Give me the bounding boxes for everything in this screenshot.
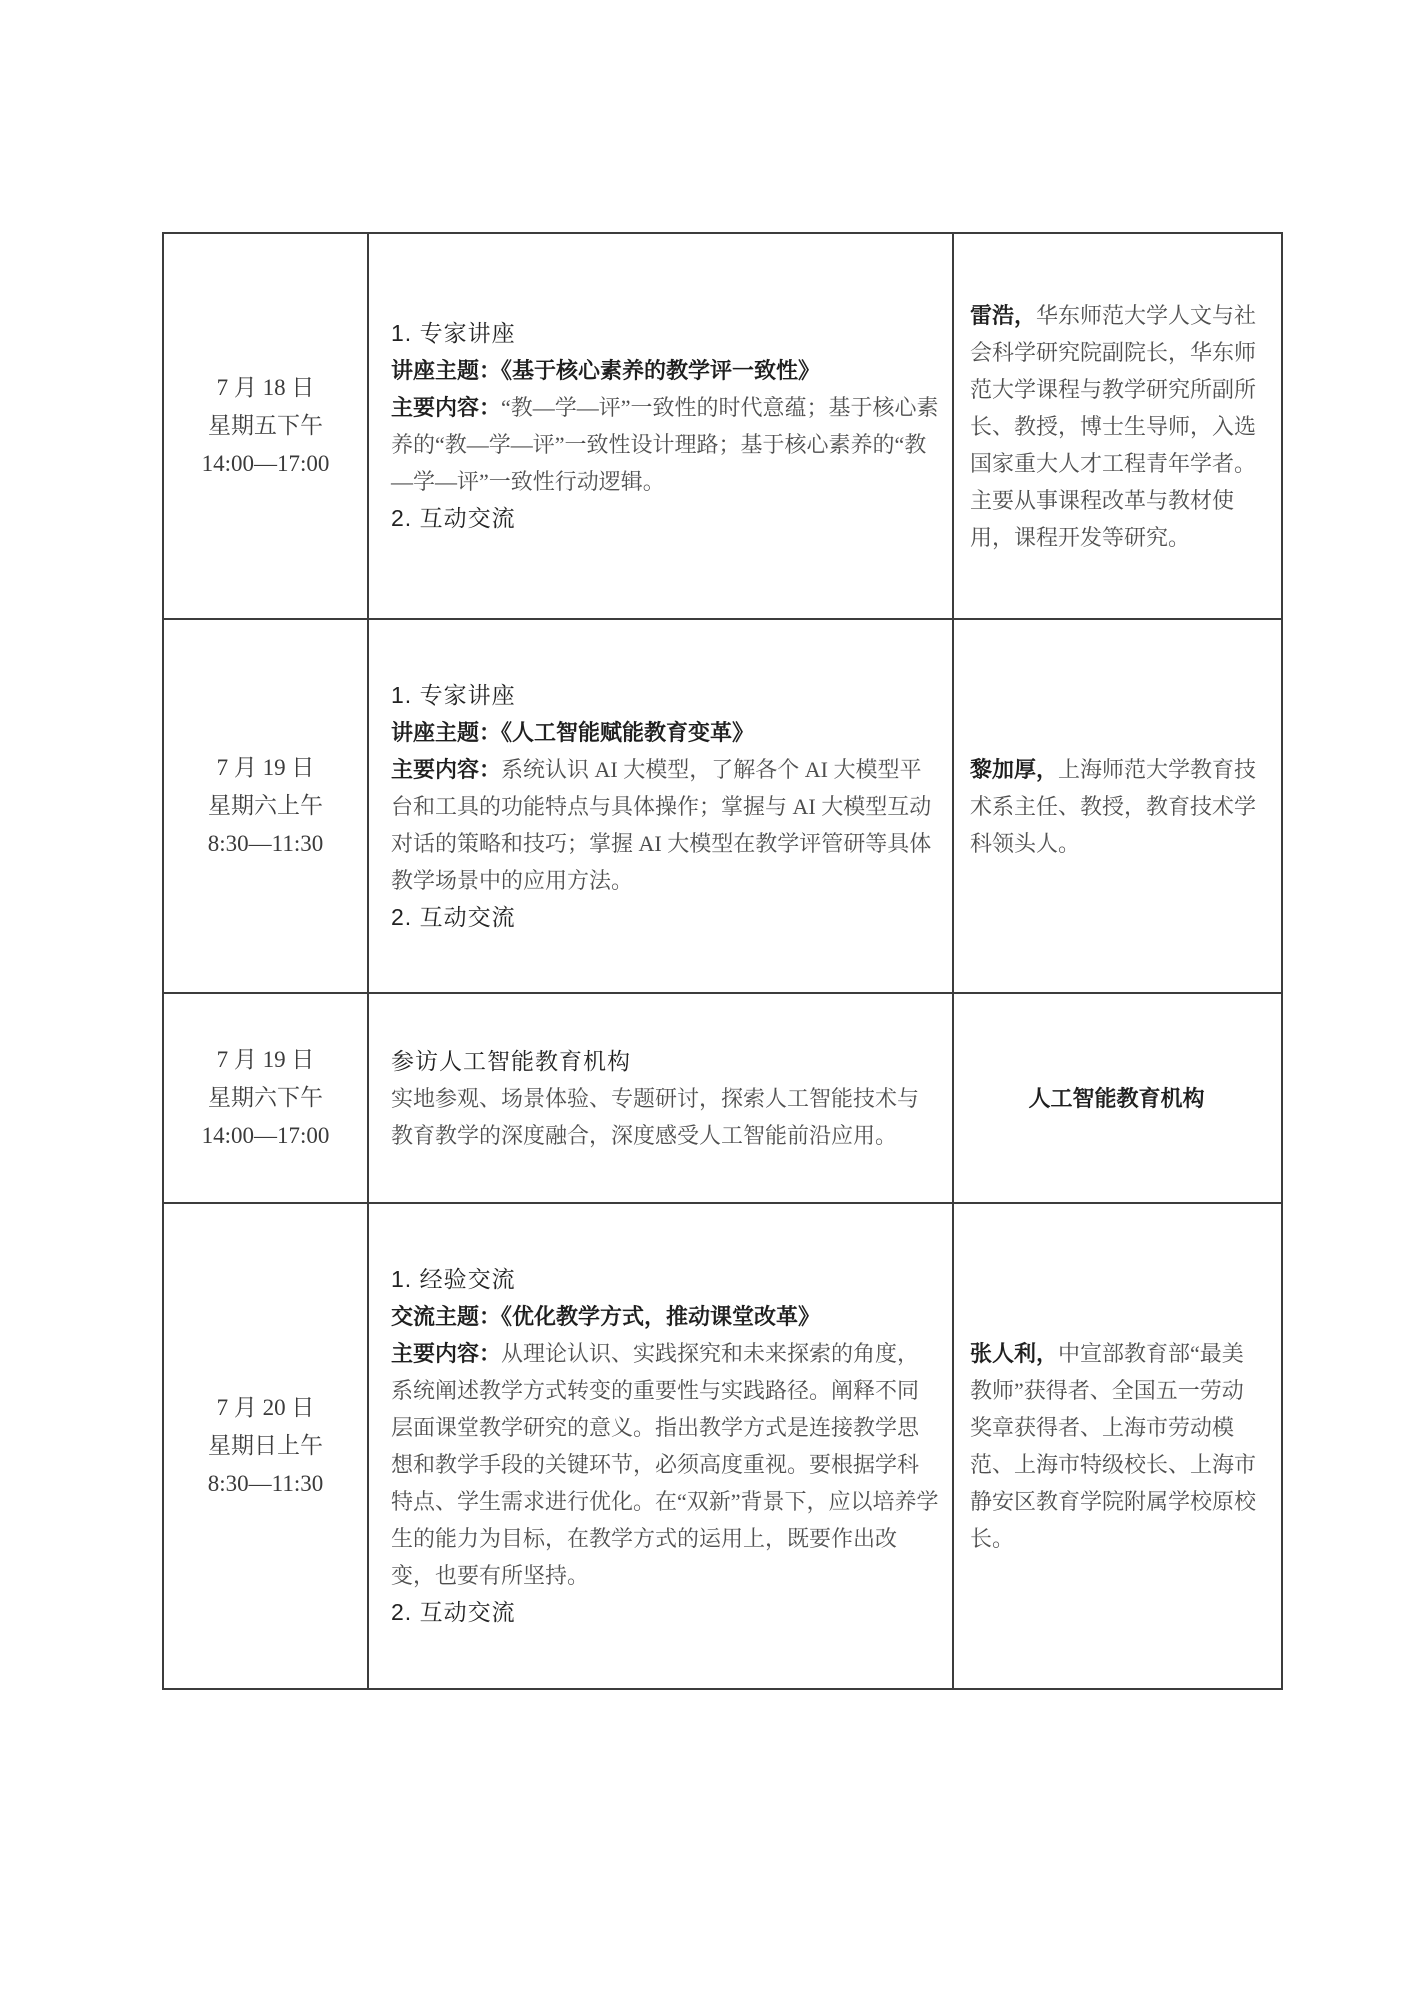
agenda-item-2: 2. 互动交流	[391, 500, 940, 537]
topic-title: 《基于核心素养的教学评一致性》	[501, 358, 820, 383]
content-cell: 1. 专家讲座 讲座主题：《人工智能赋能教育变革》 主要内容：系统认识 AI 大…	[368, 619, 953, 993]
time-date: 7 月 18 日	[164, 369, 367, 407]
agenda-item-2: 2. 互动交流	[391, 899, 940, 936]
speaker-cell: 张人利，中宣部教育部“最美教师”获得者、全国五一劳动奖章获得者、上海市劳动模范、…	[953, 1203, 1282, 1689]
schedule-table: 7 月 18 日 星期五下午 14:00—17:00 1. 专家讲座 讲座主题：…	[162, 232, 1283, 1690]
time-weekday: 星期六上午	[164, 787, 367, 825]
table-row: 7 月 19 日 星期六上午 8:30—11:30 1. 专家讲座 讲座主题：《…	[163, 619, 1282, 993]
time-weekday: 星期五下午	[164, 407, 367, 445]
topic-label: 交流主题：	[391, 1304, 501, 1329]
speaker-name: 黎加厚，	[970, 757, 1058, 782]
content-body: 从理论认识、实践探究和未来探索的角度，系统阐述教学方式转变的重要性与实践路径。阐…	[391, 1341, 939, 1588]
agenda-item-1: 1. 经验交流	[391, 1261, 940, 1298]
table-row: 7 月 20 日 星期日上午 8:30—11:30 1. 经验交流 交流主题：《…	[163, 1203, 1282, 1689]
document-page: 7 月 18 日 星期五下午 14:00—17:00 1. 专家讲座 讲座主题：…	[0, 0, 1409, 1993]
time-date: 7 月 19 日	[164, 1041, 367, 1079]
time-cell: 7 月 18 日 星期五下午 14:00—17:00	[163, 233, 368, 619]
content-label: 主要内容：	[391, 757, 501, 782]
lecture-topic: 交流主题：《优化教学方式，推动课堂改革》	[391, 1298, 940, 1335]
speaker-name: 雷浩，	[970, 303, 1036, 328]
speaker-bio: 中宣部教育部“最美教师”获得者、全国五一劳动奖章获得者、上海市劳动模范、上海市特…	[970, 1341, 1256, 1551]
content-cell: 1. 专家讲座 讲座主题：《基于核心素养的教学评一致性》 主要内容：“教—学—评…	[368, 233, 953, 619]
content-label: 主要内容：	[391, 395, 501, 420]
topic-label: 讲座主题：	[391, 720, 501, 745]
speaker-info: 张人利，中宣部教育部“最美教师”获得者、全国五一劳动奖章获得者、上海市劳动模范、…	[970, 1335, 1263, 1557]
time-range: 14:00—17:00	[164, 445, 367, 483]
speaker-info: 雷浩，华东师范大学人文与社会科学研究院副院长，华东师范大学课程与教学研究所副所长…	[970, 297, 1263, 556]
speaker-org: 人工智能教育机构	[970, 1080, 1263, 1117]
topic-title: 《人工智能赋能教育变革》	[501, 720, 754, 745]
time-weekday: 星期日上午	[164, 1427, 367, 1465]
table-row: 7 月 18 日 星期五下午 14:00—17:00 1. 专家讲座 讲座主题：…	[163, 233, 1282, 619]
time-date: 7 月 19 日	[164, 749, 367, 787]
lecture-topic: 讲座主题：《基于核心素养的教学评一致性》	[391, 352, 940, 389]
content-cell: 参访人工智能教育机构 实地参观、场景体验、专题研讨，探索人工智能技术与教育教学的…	[368, 993, 953, 1203]
visit-body: 实地参观、场景体验、专题研讨，探索人工智能技术与教育教学的深度融合，深度感受人工…	[391, 1080, 940, 1154]
speaker-bio: 华东师范大学人文与社会科学研究院副院长，华东师范大学课程与教学研究所副所长、教授…	[970, 303, 1256, 550]
time-cell: 7 月 19 日 星期六下午 14:00—17:00	[163, 993, 368, 1203]
lecture-content: 主要内容：系统认识 AI 大模型，了解各个 AI 大模型平台和工具的功能特点与具…	[391, 751, 940, 899]
agenda-item-1: 1. 专家讲座	[391, 315, 940, 352]
time-range: 14:00—17:00	[164, 1117, 367, 1155]
agenda-item-2: 2. 互动交流	[391, 1594, 940, 1631]
table-row: 7 月 19 日 星期六下午 14:00—17:00 参访人工智能教育机构 实地…	[163, 993, 1282, 1203]
speaker-info: 黎加厚，上海师范大学教育技术系主任、教授，教育技术学科领头人。	[970, 751, 1263, 862]
speaker-cell: 人工智能教育机构	[953, 993, 1282, 1203]
content-label: 主要内容：	[391, 1341, 501, 1366]
agenda-item-1: 1. 专家讲座	[391, 677, 940, 714]
time-cell: 7 月 19 日 星期六上午 8:30—11:30	[163, 619, 368, 993]
time-date: 7 月 20 日	[164, 1389, 367, 1427]
lecture-content: 主要内容：“教—学—评”一致性的时代意蕴；基于核心素养的“教—学—评”一致性设计…	[391, 389, 940, 500]
time-weekday: 星期六下午	[164, 1079, 367, 1117]
speaker-name: 张人利，	[970, 1341, 1058, 1366]
topic-label: 讲座主题：	[391, 358, 501, 383]
speaker-cell: 黎加厚，上海师范大学教育技术系主任、教授，教育技术学科领头人。	[953, 619, 1282, 993]
visit-title: 参访人工智能教育机构	[391, 1043, 940, 1080]
time-range: 8:30—11:30	[164, 825, 367, 863]
time-cell: 7 月 20 日 星期日上午 8:30—11:30	[163, 1203, 368, 1689]
content-cell: 1. 经验交流 交流主题：《优化教学方式，推动课堂改革》 主要内容：从理论认识、…	[368, 1203, 953, 1689]
lecture-topic: 讲座主题：《人工智能赋能教育变革》	[391, 714, 940, 751]
topic-title: 《优化教学方式，推动课堂改革》	[501, 1304, 820, 1329]
speaker-cell: 雷浩，华东师范大学人文与社会科学研究院副院长，华东师范大学课程与教学研究所副所长…	[953, 233, 1282, 619]
lecture-content: 主要内容：从理论认识、实践探究和未来探索的角度，系统阐述教学方式转变的重要性与实…	[391, 1335, 940, 1594]
time-range: 8:30—11:30	[164, 1465, 367, 1503]
